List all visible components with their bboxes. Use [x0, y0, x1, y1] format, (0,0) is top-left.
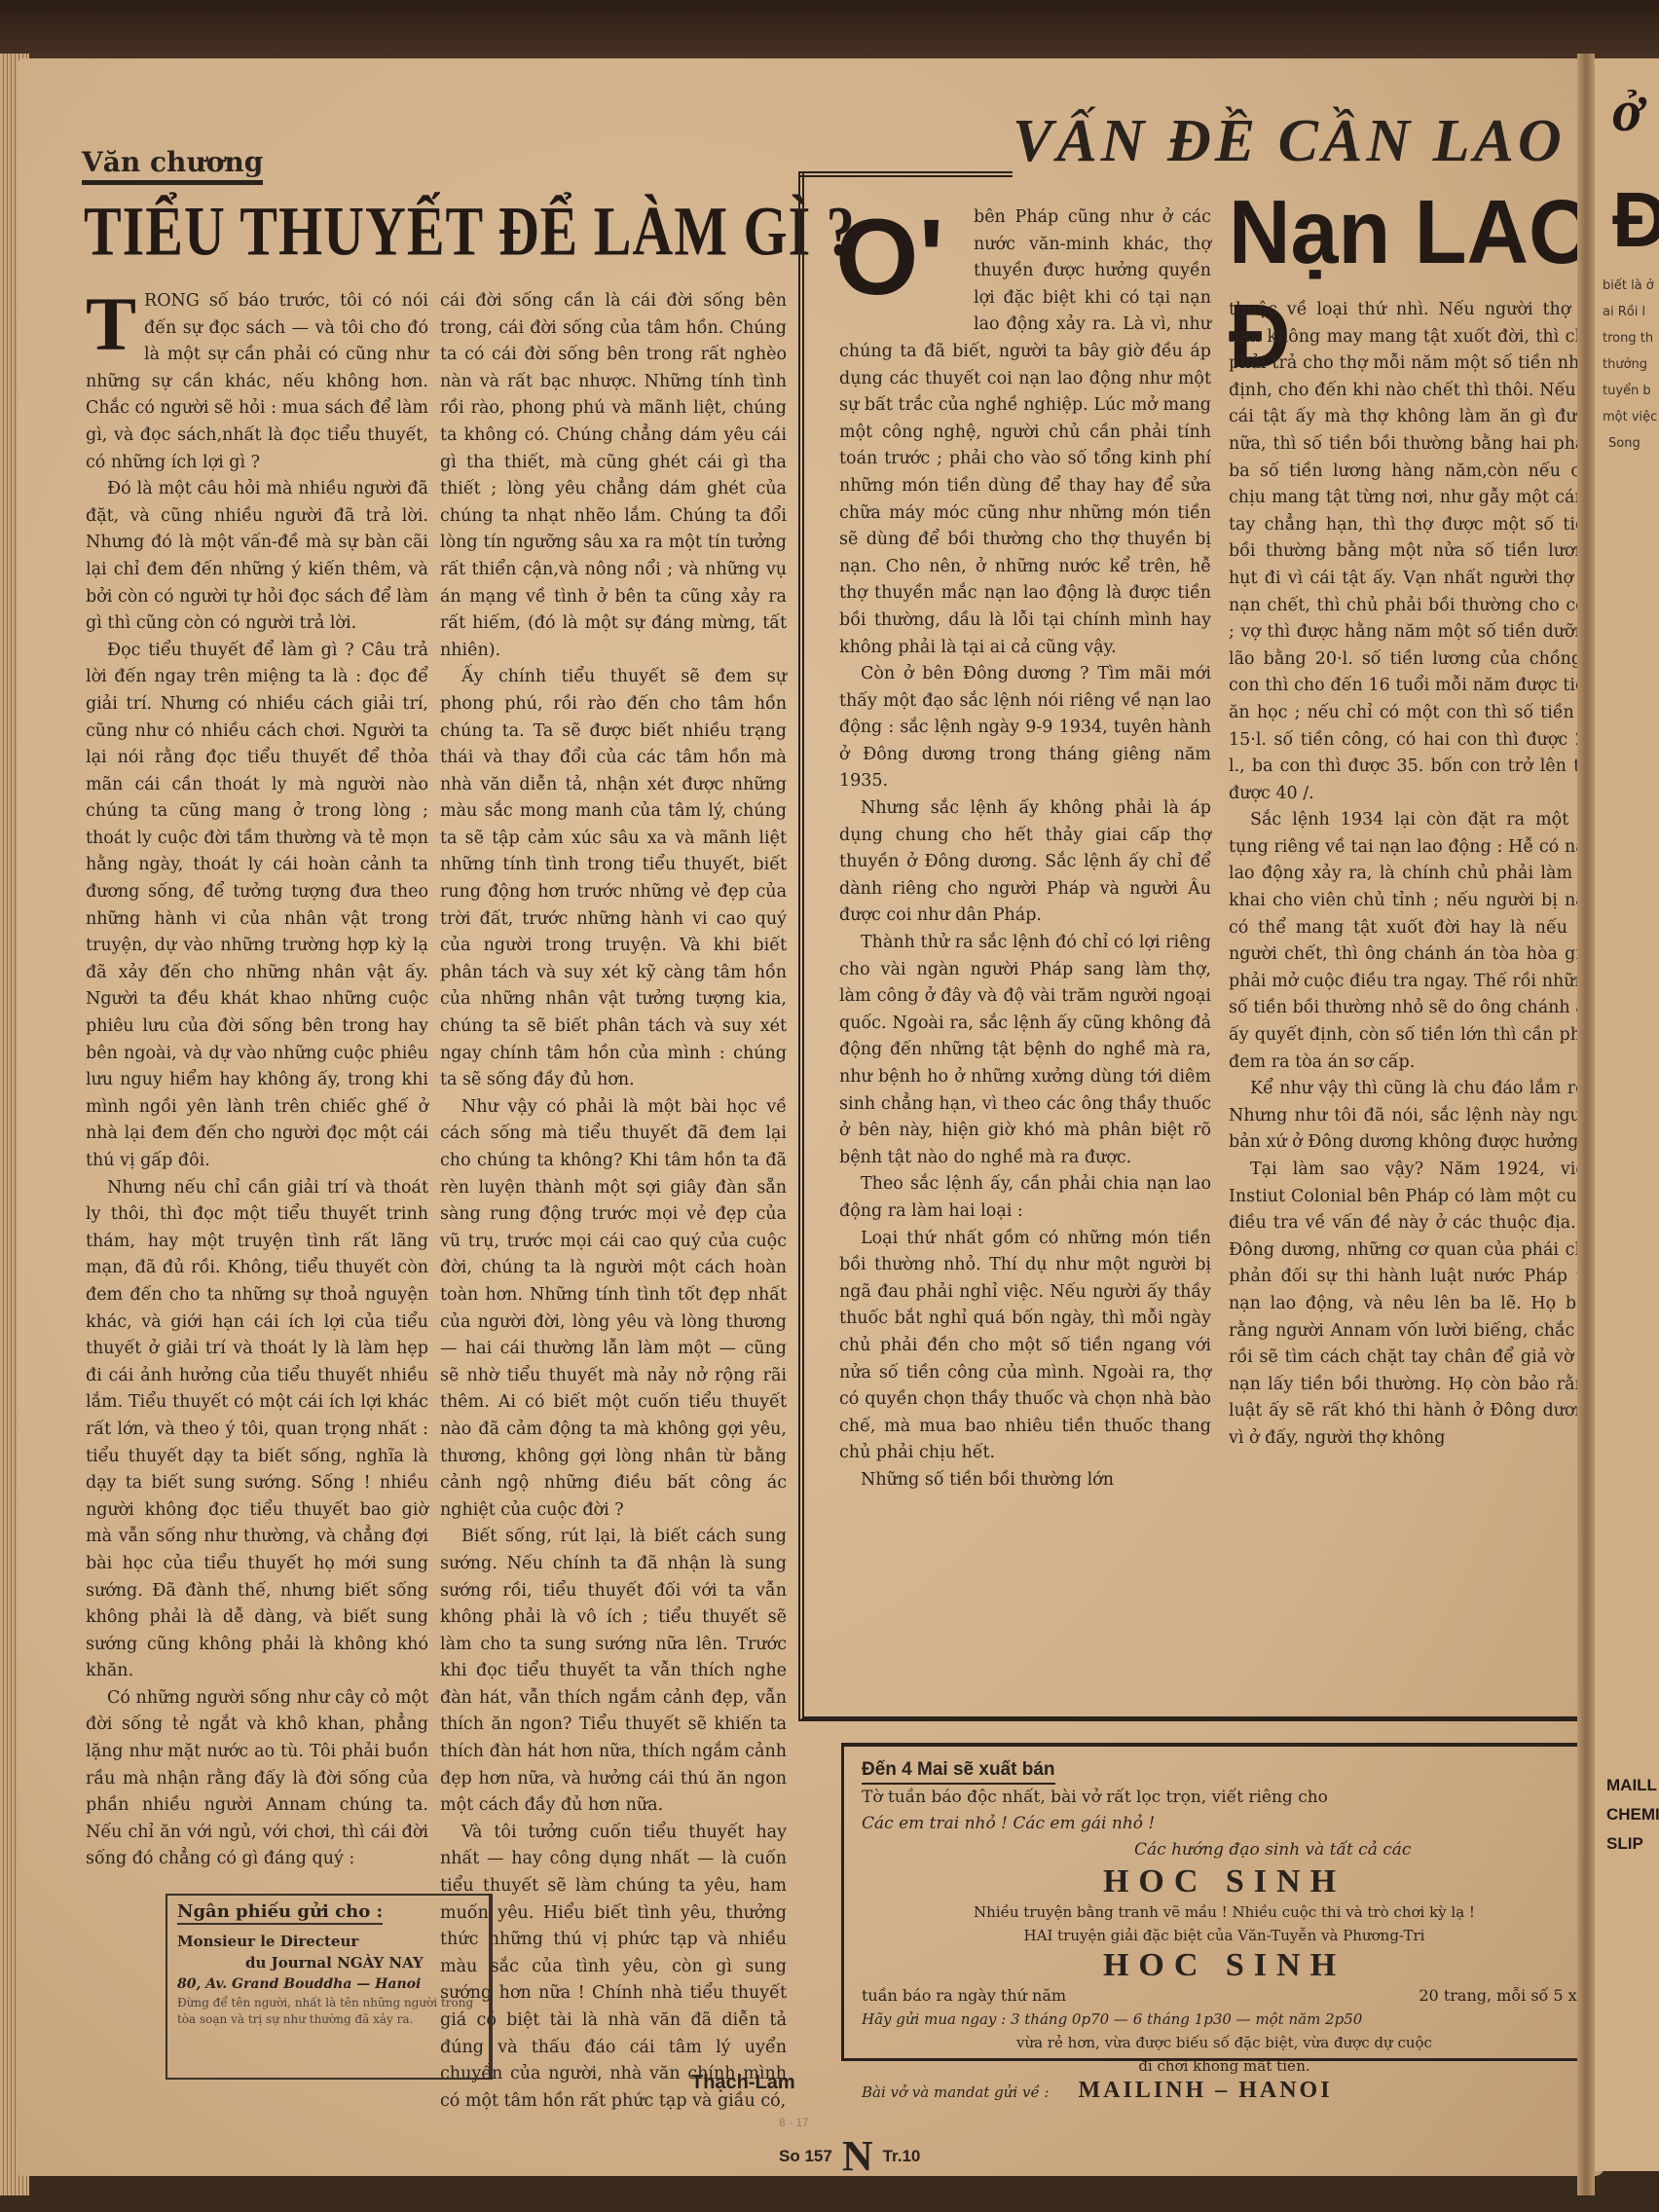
ngay-nay-logo-icon: N — [842, 2137, 873, 2176]
money-order-note: Đừng để tên người, nhất là tên những ngư… — [177, 1995, 479, 2028]
paragraph: Đọc tiểu thuyết để làm gì ? Câu trả lời … — [86, 638, 428, 1175]
paragraph: RONG số báo trước, tôi có nói đến sự đọc… — [86, 288, 428, 476]
article-kicker: VẤN ĐỀ CẦN LAO — [1013, 107, 1566, 176]
article-column-2: cái đời sống cần là cái đời sống bên tro… — [440, 288, 787, 2115]
ad-address-label: Bài vở và mandat gửi về : — [862, 2080, 1050, 2106]
adjacent-text: trong th — [1603, 325, 1653, 351]
ad-brand: HOC SINH — [862, 1863, 1587, 1900]
paragraph: cái đời sống cần là cái đời sống bên tro… — [440, 288, 787, 664]
paragraph: Tại làm sao vậy? Năm 1924, viện Instiut … — [1229, 1157, 1597, 1453]
article-column-1: T RONG số báo trước, tôi có nói đến sự đ… — [86, 288, 428, 1873]
section-label: Văn chương — [82, 146, 263, 185]
author-signature: Thạch-Lam — [691, 2072, 795, 2094]
drop-cap-o: O' — [835, 204, 944, 312]
adjacent-text: biết là ở — [1603, 273, 1654, 299]
book-gutter — [1577, 54, 1595, 2195]
money-order-line-2: du Journal NGÀY NAY — [177, 1952, 479, 1973]
paragraph: Thành thử ra sắc lệnh đó chỉ có lợi riên… — [839, 930, 1211, 1171]
adjacent-ad-text: MAILL — [1606, 1772, 1657, 1799]
adjacent-text: tuyển b — [1603, 378, 1651, 404]
adjacent-ad-text: SLIP — [1606, 1830, 1643, 1858]
ad-line: Các em trai nhỏ ! Các em gái nhỏ ! — [862, 1811, 1587, 1837]
ad-line: Hãy gửi mua ngay : 3 tháng 0p70 — 6 thán… — [862, 2008, 1587, 2031]
ad-line: Các hướng đạo sinh và tất cả các — [862, 1837, 1587, 1863]
adjacent-page: ở Đ biết là ở ai Rồi l trong th thưởng t… — [1595, 58, 1659, 2171]
page-number: Tr.10 — [883, 2147, 921, 2166]
adjacent-ad-text: CHEMI — [1606, 1801, 1659, 1828]
paragraph: Như vậy có phải là một bài học về cách s… — [440, 1094, 787, 1525]
ad-address-value: MAILINH – HANOI — [1079, 2078, 1333, 2104]
ad-line: vừa rẻ hơn, vừa được biếu số đặc biệt, v… — [862, 2031, 1587, 2054]
drop-cap: T — [86, 292, 136, 356]
article-column-4: thuộc về loại thứ nhì. Nếu người thợ bị … — [1229, 297, 1597, 1453]
adjacent-title-fragment: Đ — [1612, 175, 1659, 265]
paragraph: Đó là một câu hỏi mà nhiều người đã đặt,… — [86, 476, 428, 638]
adjacent-text: một việc — [1603, 404, 1657, 430]
money-order-address: 80, Av. Grand Bouddha — Hanoi — [177, 1973, 479, 1995]
paragraph: Những số tiền bồi thường lớn — [839, 1467, 1211, 1494]
ad-line-left: tuần báo ra ngày thứ năm — [862, 1984, 1066, 2008]
adjacent-text: ai Rồi l — [1603, 299, 1645, 325]
faint-stamp: 8 · 17 — [779, 2116, 809, 2129]
adjacent-text: thưởng — [1603, 351, 1647, 378]
ad-line-right: 20 trang, mỗi số 5 xu — [1419, 1984, 1587, 2008]
paragraph: Còn ở bên Đông dương ? Tìm mãi mới thấy … — [839, 661, 1211, 795]
adjacent-text: Song — [1608, 430, 1641, 457]
ad-address-row: Bài vở và mandat gửi về : MAILINH – HANO… — [862, 2078, 1587, 2106]
advertisement-hoc-sinh: Đến 4 Mai sẽ xuất bán Tờ tuần báo độc nh… — [841, 1743, 1604, 2061]
page-footer: 8 · 17 So 157 N Tr.10 — [779, 2137, 920, 2176]
ad-heading: Đến 4 Mai sẽ xuất bán — [862, 1756, 1055, 1785]
issue-number: So 157 — [779, 2147, 832, 2166]
paragraph: thuộc về loại thứ nhì. Nếu người thợ bị … — [1229, 297, 1597, 807]
ad-line: HAI truyện giải đặc biệt của Văn-Tuyễn v… — [862, 1924, 1587, 1947]
ad-brand: HOC SINH — [862, 1947, 1587, 1984]
paragraph: Theo sắc lệnh ấy, cần phải chia nạn lao … — [839, 1171, 1211, 1225]
money-order-heading: Ngân phiếu gửi cho : — [177, 1901, 383, 1925]
article-column-3: bên Pháp cũng như ở các nước văn-minh kh… — [839, 204, 1211, 1494]
money-order-line-1: Monsieur le Directeur — [177, 1931, 479, 1952]
paragraph: Nhưng sắc lệnh ấy không phải là áp dụng … — [839, 795, 1211, 930]
paragraph: Loại thứ nhất gồm có những món tiền bồi … — [839, 1226, 1211, 1467]
paragraph: Có những người sống như cây cỏ một đời s… — [86, 1685, 428, 1873]
ad-line: đi chơi không mất tiền. — [862, 2054, 1587, 2078]
paragraph: Nhưng nếu chỉ cần giải trí và thoát ly t… — [86, 1175, 428, 1685]
ad-line: Tờ tuần báo độc nhất, bài vở rất lọc trọ… — [862, 1785, 1587, 1811]
paragraph: Sắc lệnh 1934 lại còn đặt ra một tố tụng… — [1229, 807, 1597, 1076]
ad-line-split: tuần báo ra ngày thứ năm 20 trang, mỗi s… — [862, 1984, 1587, 2008]
article-title-left: TIỂU THUYẾT ĐỂ LÀM GÌ ? — [84, 190, 856, 272]
ad-line: Nhiều truyện bằng tranh vẽ mầu ! Nhiều c… — [862, 1900, 1587, 1924]
paragraph: Kể như vậy thì cũng là chu đáo lắm rồi. … — [1229, 1076, 1597, 1157]
adjacent-heading-fragment: ở — [1612, 78, 1643, 145]
paragraph: Biết sống, rút lại, là biết cách sung sư… — [440, 1524, 787, 1820]
money-order-box: Ngân phiếu gửi cho : Monsieur le Directe… — [166, 1894, 493, 2080]
paragraph: Ấy chính tiểu thuyết sẽ đem sự phong phú… — [440, 664, 787, 1094]
